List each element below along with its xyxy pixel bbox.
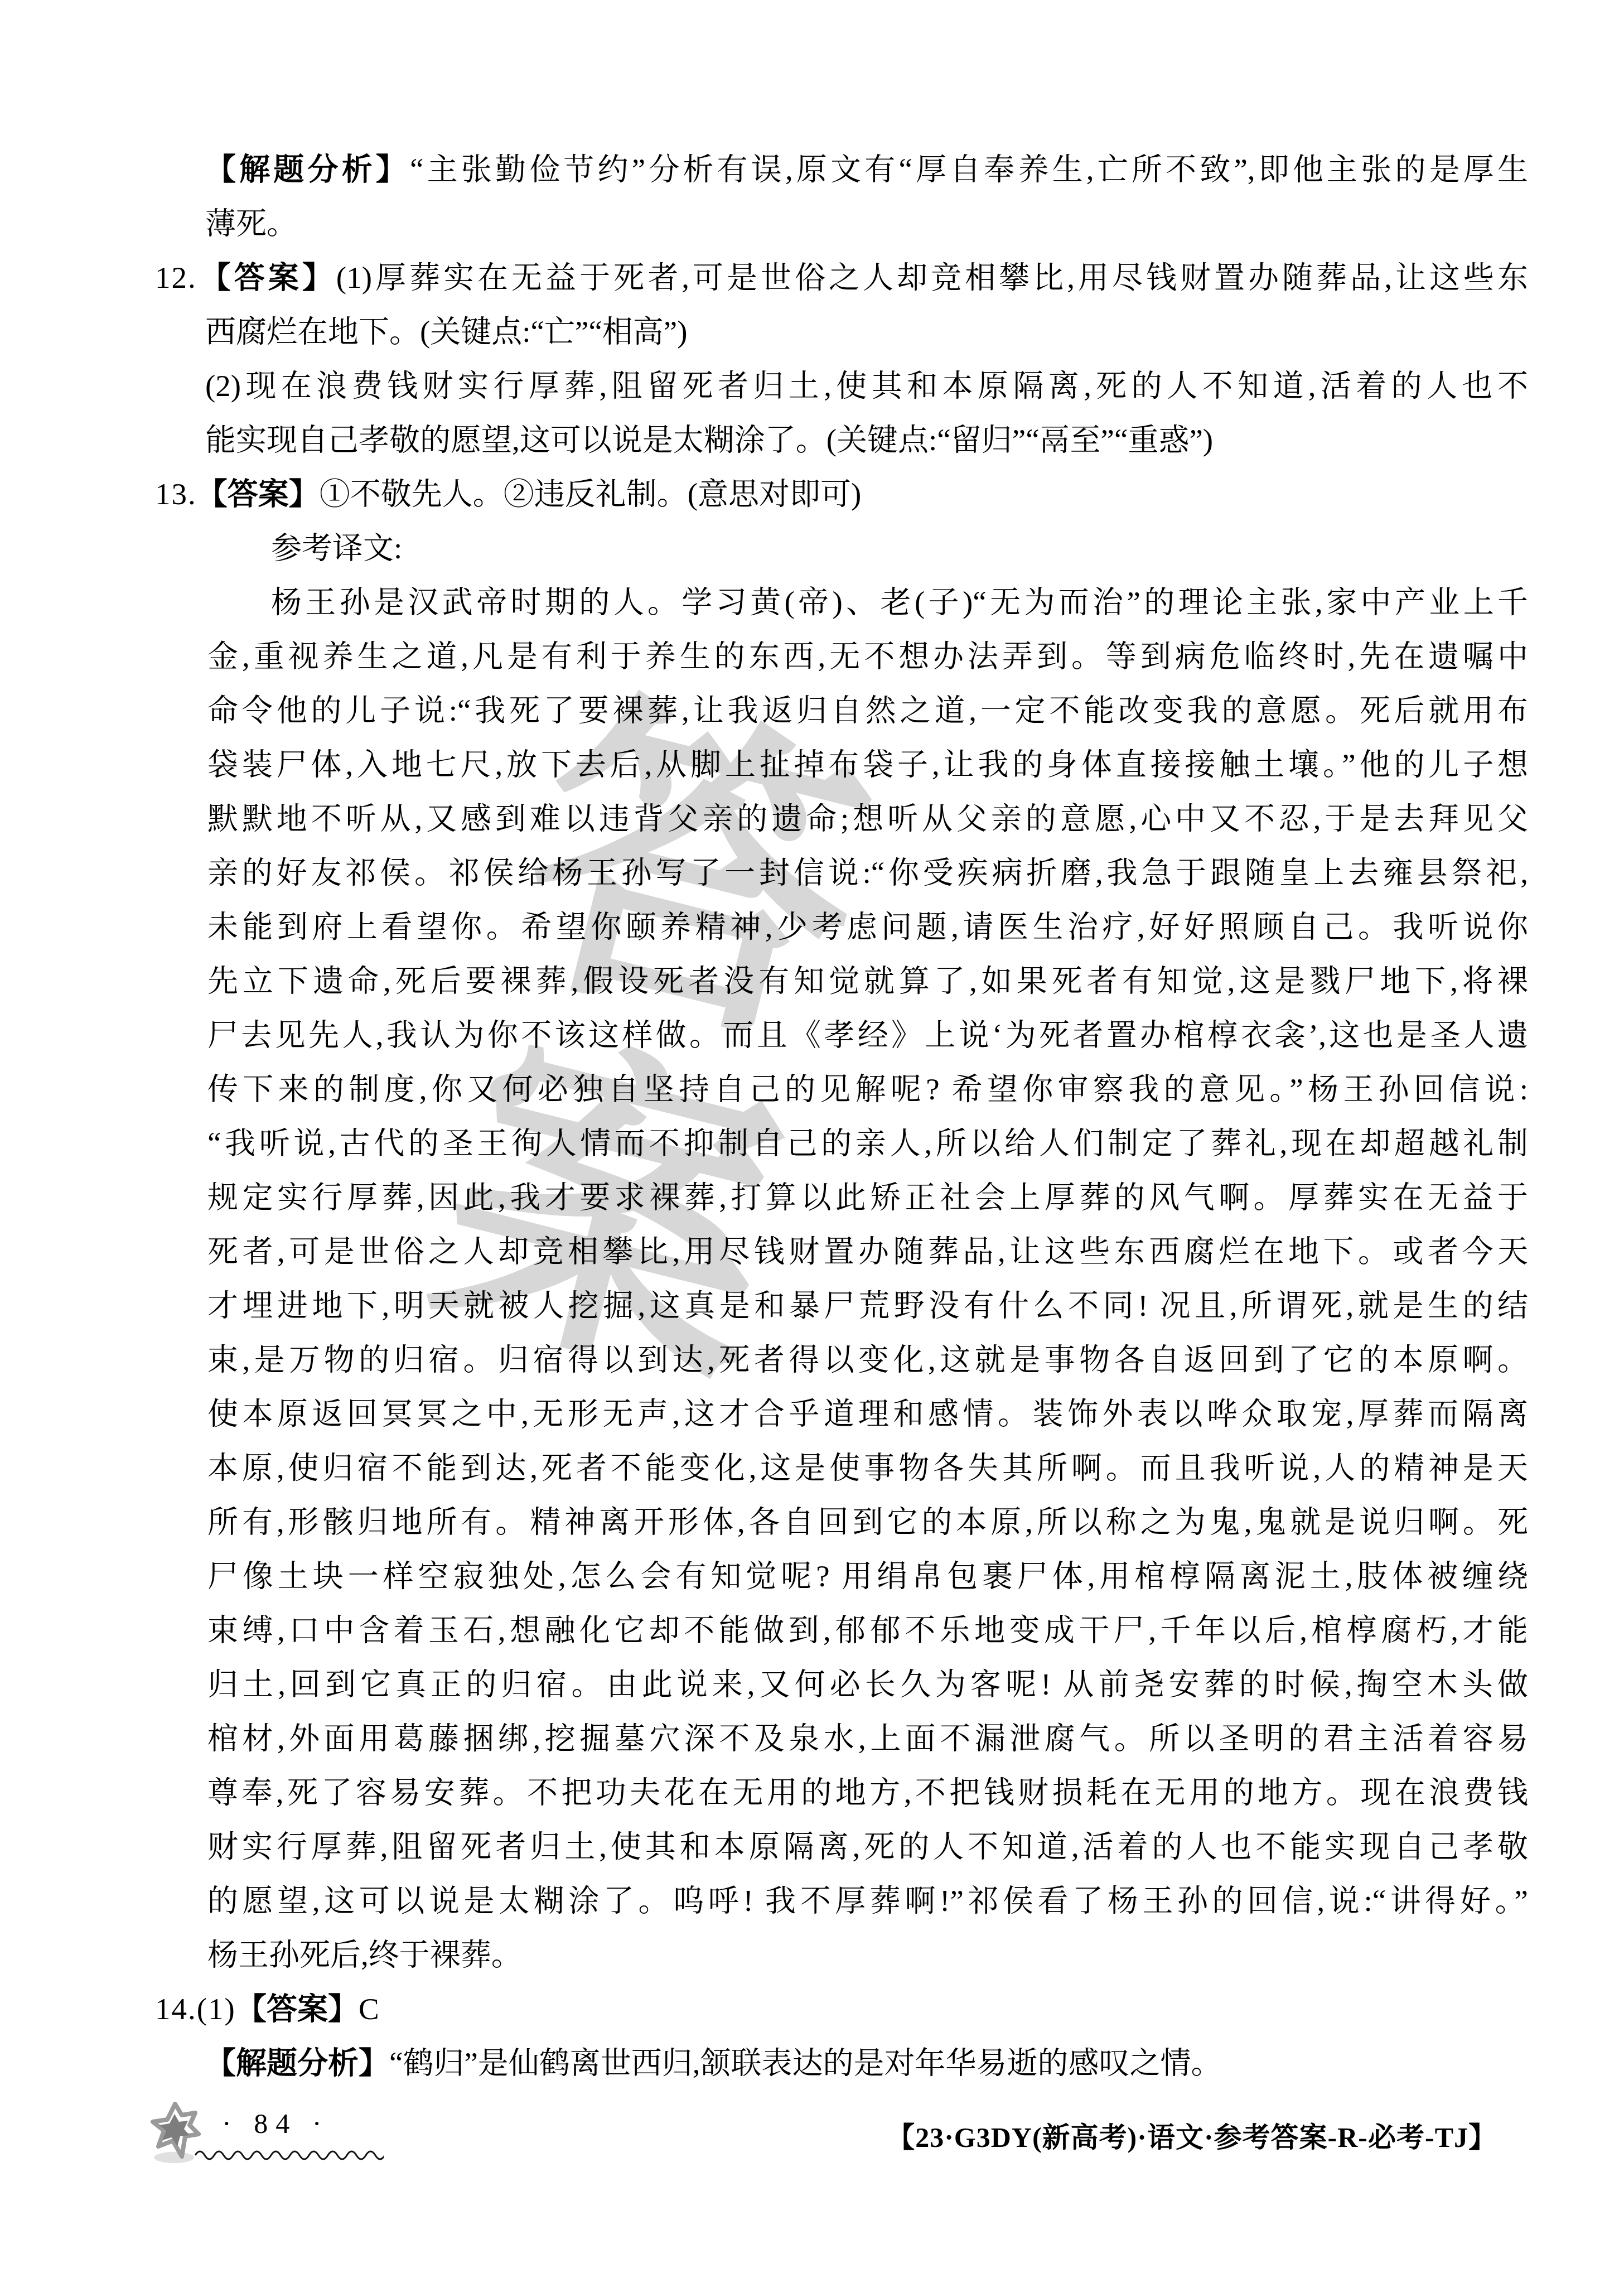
wavy-underline (194, 2146, 384, 2161)
q14-analysis-line: 【解题分析】“鹤归”是仙鹤离世西归,颔联表达的是对年华易逝的感叹之情。 (205, 2036, 1528, 2090)
q14-answer-line: 14.(1)【答案】C (155, 1982, 1528, 2036)
translation-line: “我听说,古代的圣王徇人情而不抑制自己的亲人,所以给人们制定了葬礼,现在却超越礼… (207, 1116, 1528, 1170)
translation-line: 传下来的制度,你又何必独自坚持自己的见解呢? 希望你审察我的意见。”杨王孙回信说… (207, 1062, 1528, 1116)
translation-line: 未能到府上看望你。希望你颐养精神,少考虑问题,请医生治疗,好好照顾自己。我听说你 (207, 900, 1528, 954)
translation-line: 默默地不听从,又感到难以违背父亲的遗命;想听从父亲的意愿,心中又不忍,于是去拜见… (207, 791, 1528, 846)
q12-answer-line3: (2)现在浪费钱财实行厚葬,阻留死者归土,使其和本原隔离,死的人不知道,活着的人… (205, 359, 1528, 413)
answer-label: 【答案】 (236, 1991, 359, 2026)
translation-line: 所有,形骸归地所有。精神离开形体,各自回到它的本原,所以称之为鬼,鬼就是说归啊。… (207, 1495, 1528, 1549)
q12-answer-line1: 12.【答案】(1)厚葬实在无益于死者,可是世俗之人却竞相攀比,用尽钱财置办随葬… (155, 250, 1528, 305)
q14-number: 14.(1) (155, 1992, 236, 2026)
q12-number: 12. (155, 260, 197, 295)
edition-code: 【23·G3DY(新高考)·语文·参考答案-R-必考-TJ】 (887, 2115, 1497, 2155)
translation-line: 才埋进地下,明天就被人挖掘,这真是和暴尸荒野没有什么不同! 况且,所谓死,就是生… (207, 1278, 1528, 1333)
translation-heading: 参考译文: (271, 521, 1528, 575)
translation-line: 财实行厚葬,阻留死者归土,使其和本原隔离,死的人不知道,活着的人也不能实现自己孝… (207, 1819, 1528, 1874)
page-number: · 84 · (222, 2107, 329, 2140)
translation-line: 尸像土块一样空寂独处,怎么会有知觉呢? 用绢帛包裹尸体,用棺椁隔离泥土,肢体被缠… (207, 1549, 1528, 1603)
q12-answer-line4: 能实现自己孝敬的愿望,这可以说是太糊涂了。(关键点:“留归”“鬲至”“重惑”) (205, 413, 1528, 467)
q14-answer-choice: C (359, 1992, 379, 2026)
translation-line: 使本原返回冥冥之中,无形无声,这才合乎道理和感情。装饰外表以哗众取宠,厚葬而隔离 (207, 1387, 1528, 1441)
analysis-label: 【解题分析】 (205, 152, 410, 186)
translation-line: 金,重视养生之道,凡是有利于养生的东西,无不想办法弄到。等到病危临终时,先在遗嘱… (207, 629, 1528, 683)
translation-line: 袋装尸体,入地七尺,放下去后,从脚上扯掉布袋子,让我的身体直接接触土壤。”他的儿… (207, 737, 1528, 791)
translation-line: 本原,使归宿不能到达,死者不能变化,这是使事物各失其所啊。而且我听说,人的精神是… (207, 1441, 1528, 1495)
q11-analysis-line2: 薄死。 (205, 196, 1528, 250)
translation-line: 杨王孙死后,终于裸葬。 (207, 1928, 1528, 1982)
q11-analysis-line1: 【解题分析】“主张勤俭节约”分析有误,原文有“厚自奉养生,亡所不致”,即他主张的… (205, 142, 1528, 196)
translation-line: 尊奉,死了容易安葬。不把功夫花在无用的地方,不把钱财损耗在无用的地方。现在浪费钱 (207, 1765, 1528, 1819)
translation-line: 束缚,口中含着玉石,想融化它却不能做到,郁郁不乐地变成干尸,千年以后,棺椁腐朽,… (207, 1603, 1528, 1657)
publisher-star-icon (149, 2102, 201, 2164)
translation-line: 杨王孙是汉武帝时期的人。学习黄(帝)、老(子)“无为而治”的理论主张,家中产业上… (271, 575, 1528, 629)
answer-label: 【答案】 (197, 260, 336, 295)
translation-line: 规定实行厚葬,因此,我才要求裸葬,打算以此矫正社会上厚葬的风气啊。厚葬实在无益于 (207, 1170, 1528, 1224)
answer-key-page: 答 案 【解题分析】“主张勤俭节约”分析有误,原文有“厚自奉养生,亡所不致”,即… (0, 0, 1624, 2283)
translation-line: 命令他的儿子说:“我死了要裸葬,让我返归自然之道,一定不能改变我的意愿。死后就用… (207, 683, 1528, 737)
translation-line: 归土,回到它真正的归宿。由此说来,又何必长久为客呢! 从前尧安葬的时候,掏空木头… (207, 1657, 1528, 1711)
translation-line: 先立下遗命,死后要裸葬,假设死者没有知觉就算了,如果死者有知觉,这是戮尸地下,将… (207, 954, 1528, 1008)
q12-answer-line2: 西腐烂在地下。(关键点:“亡”“相高”) (205, 305, 1528, 359)
page-footer: · 84 · 【23·G3DY(新高考)·语文·参考答案-R-必考-TJ】 (0, 2086, 1624, 2198)
translation-line: 死者,可是世俗之人却竞相攀比,用尽钱财置办随葬品,让这些东西腐烂在地下。或者今天 (207, 1224, 1528, 1278)
translation-line: 束,是万物的归宿。归宿得以到达,死者得以变化,这就是事物各自返回到了它的本原啊。 (207, 1333, 1528, 1387)
translation-line: 棺材,外面用葛藤捆绑,挖掘墓穴深不及泉水,上面不漏泄腐气。所以圣明的君主活着容易 (207, 1711, 1528, 1765)
q13-answer-line: 13.【答案】①不敬先人。②违反礼制。(意思对即可) (155, 467, 1528, 521)
page-content: 【解题分析】“主张勤俭节约”分析有误,原文有“厚自奉养生,亡所不致”,即他主张的… (0, 142, 1528, 2090)
q13-number: 13. (155, 477, 197, 511)
translation-line: 尸去见先人,我认为你不该这样做。而且《孝经》上说‘为死者置办棺椁衣衾’,这也是圣… (207, 1008, 1528, 1062)
translation-line: 的愿望,这可以说是太糊涂了。呜呼! 我不厚葬啊!”祁侯看了杨王孙的回信,说:“讲… (207, 1874, 1528, 1928)
answer-label: 【答案】 (197, 476, 320, 511)
translation-line: 亲的好友祁侯。祁侯给杨王孙写了一封信说:“你受疾病折磨,我急于跟随皇上去雍县祭祀… (207, 846, 1528, 900)
analysis-label: 【解题分析】 (205, 2045, 389, 2080)
